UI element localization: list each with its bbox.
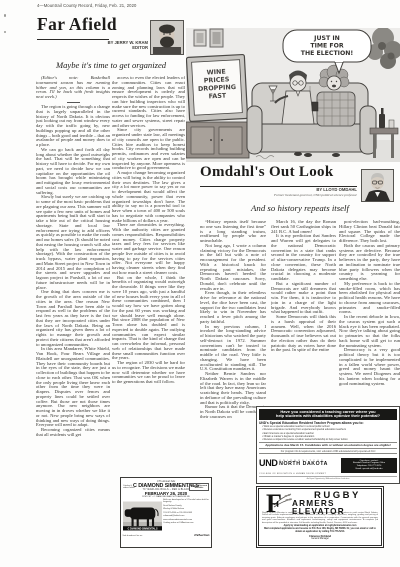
und-logo: UND U N I V E R S I T Y O F NORTH DAKOTA…: [259, 456, 328, 475]
tv-stand: [186, 122, 249, 158]
und-logo-north-dakota: NORTH DAKOTA: [279, 462, 328, 467]
rugby-title-line2: ARMERS ELEVATOR: [292, 500, 378, 517]
editor-headshot: [150, 20, 184, 55]
omdahl-subhead: And so history repeats itself: [200, 203, 400, 213]
cd-left-note: Catalog & videos online: [123, 485, 137, 490]
rugby-ad-inner: F RUGBY ARMERS ELEVATOR Rugby Farmers El…: [258, 488, 382, 546]
und-eeo-line: An Equal Opportunity / Affirmative Actio…: [259, 476, 397, 480]
omdahl-col2-text: March 16, the day the Roman fleet sank 5…: [271, 220, 336, 353]
editorial-cartoon: WINE PRICES DROPPING FAST: [186, 28, 400, 162]
far-afield-col2-text: access to even the elected leaders of th…: [112, 76, 185, 385]
omdahl-col3-text: post-election bad-mouthing, Hillary Clin…: [339, 220, 400, 386]
far-afield-title: Far Afield: [37, 14, 117, 35]
far-afield-rule: [37, 39, 109, 40]
byline-role: EDITOR: [98, 46, 148, 51]
und-banner-line2: help students with disabilities optimize…: [259, 414, 397, 419]
bull-photo-banner: C DIAMOND SIMMENTALS: [127, 527, 157, 530]
svg-text:TIME FOR: TIME FOR: [310, 43, 344, 50]
omdahl-title: Omdahl's Out Look: [200, 164, 333, 181]
c-diamond-ad: Catalog & videos online Volume Discount …: [120, 477, 212, 548]
rugby-elevator-ad: F RUGBY ARMERS ELEVATOR Rugby Farmers El…: [256, 486, 384, 548]
und-ad-banner: Have you considered a teaching career wh…: [259, 409, 397, 420]
newspaper-page: 4—Mountrail County Record, Friday, Feb. …: [0, 0, 400, 567]
cd-location: 1PM CST • C DIAMOND RANCH • DAWSON ND: [123, 496, 210, 498]
omdahl-column-3: post-election bad-mouthing, Hillary Clin…: [339, 220, 400, 404]
und-logo-mark: UND: [259, 459, 278, 468]
page-header-folio: 4—Mountrail County Record, Friday, Feb. …: [37, 3, 136, 8]
und-college-line: COLLEGE OF EDUCATION & HUMAN DEVELOPMENT: [259, 473, 328, 475]
und-ad-deadline: Applications due March 15. Candidates wi…: [259, 442, 397, 449]
omdahl-headshot: [361, 169, 394, 202]
cd-footer-line: Sale broadcast live on: [123, 535, 143, 537]
rugby-f-wheat-logo: F: [266, 491, 292, 518]
bull-photo: C DIAMOND SIMMENTALS: [123, 499, 162, 533]
und-special-ed-ad: Have you considered a teaching career wh…: [256, 406, 400, 484]
editor-headshot-art: [151, 21, 183, 54]
omdahl-byline: BY LLOYD OMDAHL Former lieutenant govern…: [200, 188, 357, 197]
cd-details: Bulls are developed on a 57 bushel ratio…: [163, 499, 209, 533]
far-afield-column-2: access to even the elected leaders of th…: [112, 76, 185, 458]
far-afield-subhead: Maybe it's time to get organized: [36, 60, 186, 70]
byline-credit: Former lieutenant governor, UND politica…: [200, 193, 357, 197]
und-logo-row: UND U N I V E R S I T Y O F NORTH DAKOTA…: [259, 456, 397, 475]
far-afield-col1-text: The region is going through a change tha…: [36, 105, 110, 438]
margin-speck: [4, 31, 6, 33]
far-afield-byline: BY JERRY W. KRAM EDITOR: [98, 41, 148, 51]
und-ad-intro: UND's Special Education Resident Teacher…: [259, 421, 397, 425]
note-separator: [67, 102, 80, 103]
omdahl-column-2: March 16, the day the Roman fleet sank 5…: [271, 220, 336, 402]
cartoon-art: WINE PRICES DROPPING FAST: [186, 28, 400, 162]
und-contact-box: Questions, contact: Resident Teacher Pro…: [341, 458, 397, 473]
und-ad-info-url: For program info & requirements, visit: …: [259, 449, 397, 454]
editors-note: (Editor's note: Basketball tournament se…: [36, 76, 110, 100]
und-ad-bullets: • Work as a special education teacher in…: [262, 425, 397, 440]
rugby-apply-line2: Mail completed applications and resume t…: [262, 528, 378, 534]
tv: WINE PRICES DROPPING FAST: [186, 54, 247, 121]
margin-speck: [4, 14, 6, 17]
rugby-logo-header: F RUGBY ARMERS ELEVATOR: [262, 491, 378, 511]
rugby-apply-lines: Apply by downloading an application at r…: [262, 525, 378, 534]
cd-right-note: Volume Discount Available: [189, 483, 209, 491]
omdahl-headshot-art: [362, 170, 393, 201]
und-contact-line: Email: special.ed@und.edu: [343, 468, 395, 471]
svg-text:JUST IN: JUST IN: [313, 35, 340, 42]
svg-text:FAST: FAST: [208, 91, 227, 100]
svg-text:THE ELECTION!: THE ELECTION!: [301, 50, 354, 57]
rugby-signature-title: General Manager: [262, 538, 378, 540]
dvauction-logo: DVAuction: [194, 533, 209, 537]
far-afield-column-1: (Editor's note: Basketball tournament se…: [36, 76, 110, 546]
svg-text:F: F: [266, 491, 282, 513]
omdahl-col1-text: “History repeats itself because no one w…: [200, 220, 266, 420]
